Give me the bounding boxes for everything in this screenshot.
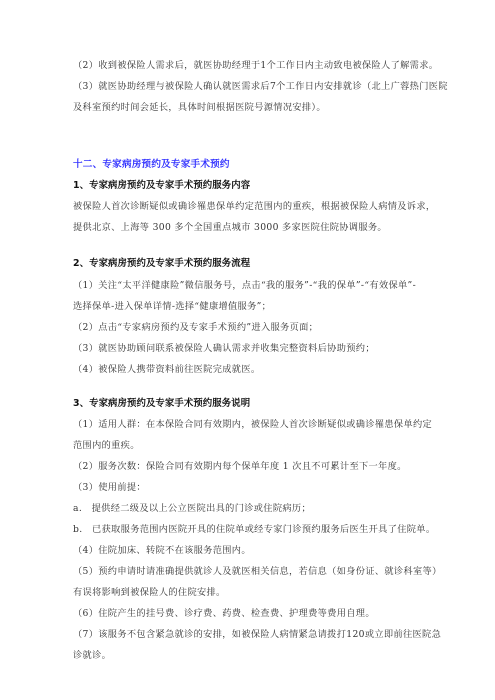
subsection-3-line: （7）该服务不包含紧急就诊的安排，如被保险人病情紧急请拨打120或立即前往医院急 xyxy=(73,629,441,641)
subsection-2-line: 选择保单-进入保单详情-选择“健康增值服务”； xyxy=(73,301,271,313)
subsection-3-line: （3）使用前提： xyxy=(73,482,146,494)
subsection-2-title: 2、专家病房预约及专家手术预约服务流程 xyxy=(73,258,250,270)
subsection-2-line: （2）点击“专家病房预约及专家手术预约”进入服务页面； xyxy=(73,322,318,334)
subsection-3-line: 有误将影响到被保险人的住院安排。 xyxy=(73,587,226,599)
intro-item-2: （2）收到被保险人需求后，就医协助经理于1个工作日内主动致电被保险人了解需求。 xyxy=(73,60,438,72)
subsection-2-line: （3）就医协助顾问联系被保险人确认需求并收集完整资料后协助预约； xyxy=(73,343,375,355)
subsection-3-line: 诊就诊。 xyxy=(73,650,111,662)
subsection-1-line: 提供北京、上海等 300 多个全国重点城市 3000 多家医院住院协调服务。 xyxy=(73,222,387,234)
subsection-3-line: （6）住院产生的挂号费、诊疗费、药费、检查费、护理费等费用自理。 xyxy=(73,608,375,620)
subsection-2-line: （1）关注“太平洋健康险”微信服务号，点击“我的服务”-“我的保单”-“有效保单… xyxy=(73,280,416,292)
subsection-3-line: a. 提供经二级及以上公立医院出具的门诊或住院病历； xyxy=(73,503,311,515)
section-title: 十二、专家病房预约及专家手术预约 xyxy=(73,159,230,171)
subsection-3-line: b. 已获取服务范围内医院开具的住院单或经专家门诊预约服务后医生开具了住院单。 xyxy=(73,524,435,536)
subsection-3-line: （1）适用人群：在本保险合同有效期内，被保险人首次诊断疑似或确诊罹患保单约定 xyxy=(73,419,432,431)
subsection-2-line: （4）被保险人携带资料前往医院完成就医。 xyxy=(73,364,260,376)
subsection-3-line: （5）预约申请时请准确提供就诊人及就医相关信息，若信息（如身份证、就诊科室等） xyxy=(73,566,442,578)
document-page: （2）收到被保险人需求后，就医协助经理于1个工作日内主动致电被保险人了解需求。 … xyxy=(0,0,495,700)
subsection-3-line: （4）住院加床、转院不在该服务范围内。 xyxy=(73,545,251,557)
subsection-3-line: 范围内的重疾。 xyxy=(73,440,140,452)
subsection-3-title: 3、专家病房预约及专家手术预约服务说明 xyxy=(73,398,250,410)
subsection-3-line: （2）服务次数：保险合同有效期内每个保单年度 1 次且不可累计至下一年度。 xyxy=(73,461,407,473)
intro-item-3-cont: 及科室预约时间会延长，具体时间根据医院号源情况安排）。 xyxy=(73,102,326,114)
subsection-1-title: 1、专家病房预约及专家手术预约服务内容 xyxy=(73,180,250,192)
subsection-1-line: 被保险人首次诊断疑似或确诊罹患保单约定范围内的重疾，根据被保险人病情及诉求， xyxy=(73,201,435,213)
intro-item-3: （3）就医协助经理与被保险人确认就医需求后7个工作日内安排就诊（北上广蓉热门医院 xyxy=(73,81,448,93)
